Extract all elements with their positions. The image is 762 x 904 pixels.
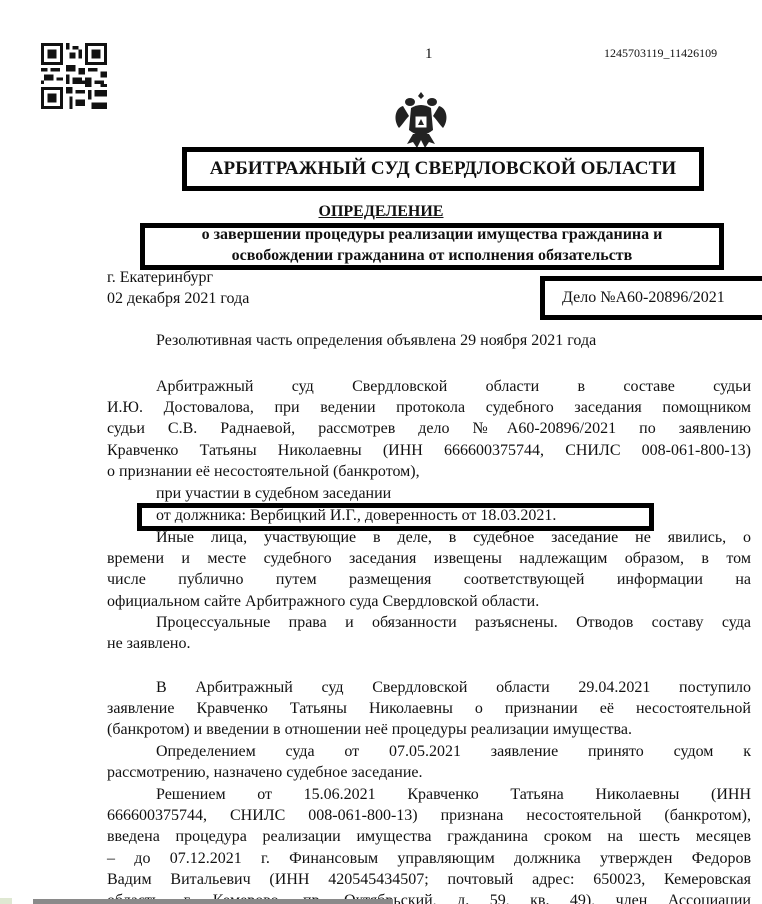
paragraph-representative: от должника: Вербицкий И.Г., доверенност… xyxy=(107,505,751,526)
coat-of-arms-icon xyxy=(393,90,449,152)
text-line: (банкротом) и введении в отношении неё п… xyxy=(107,719,751,740)
text-line: Решением от 15.06.2021 Кравченко Татьяна… xyxy=(107,784,751,805)
text-line: судьи С.В. Раднаевой, рассмотрев дело №А… xyxy=(107,418,751,439)
document-id: 1245703119_11426109 xyxy=(604,46,717,61)
court-name: АРБИТРАЖНЫЙ СУД СВЕРДЛОВСКОЙ ОБЛАСТИ xyxy=(182,147,704,191)
qr-code-icon xyxy=(40,43,108,109)
text-line: И.Ю. Достовалова, при ведении протокола … xyxy=(107,397,751,418)
subject-line: освобождении гражданина от исполнения об… xyxy=(140,245,724,266)
paragraph-acceptance: Определением суда от 07.05.2021 заявлени… xyxy=(107,741,751,783)
document-subject: о завершении процедуры реализации имущес… xyxy=(140,224,724,266)
scrollbar-corner xyxy=(0,898,12,904)
text-line: рассмотрению, назначено судебное заседан… xyxy=(107,762,751,783)
text-line: – до 07.12.2021 г. Финансовым управляющи… xyxy=(107,848,751,869)
text-line: заявление Кравченко Татьяны Николаевны о… xyxy=(107,698,751,719)
document-date: 02 декабря 2021 года xyxy=(107,290,249,308)
resolution-note: Резолютивная часть определения объявлена… xyxy=(156,332,596,350)
text-line: Кравченко Татьяны Николаевны (ИНН 666600… xyxy=(107,440,751,461)
horizontal-scrollbar[interactable] xyxy=(33,899,393,904)
text-line: В Арбитражный суд Свердловской области 2… xyxy=(107,677,751,698)
paragraph-application: В Арбитражный суд Свердловской области 2… xyxy=(107,677,751,741)
text-line: о признании её несостоятельной (банкрото… xyxy=(107,461,751,482)
text-line: официальном сайте Арбитражного суда Свер… xyxy=(107,591,751,612)
page-number: 1 xyxy=(425,46,433,63)
paragraph-participation: при участии в судебном заседании xyxy=(107,483,751,504)
city: г. Екатеринбург xyxy=(107,269,213,287)
paragraph-decision: Решением от 15.06.2021 Кравченко Татьяна… xyxy=(107,784,751,904)
text-line: Процессуальные права и обязанности разъя… xyxy=(107,612,751,633)
subject-line: о завершении процедуры реализации имущес… xyxy=(140,224,724,245)
text-line: Вадим Витальевич (ИНН 420545434507; почт… xyxy=(107,869,751,890)
paragraph-court-composition: Арбитражный суд Свердловской области в с… xyxy=(107,376,751,482)
text-line: Определением суда от 07.05.2021 заявлени… xyxy=(107,741,751,762)
text-line: не заявлено. xyxy=(107,633,751,654)
paragraph-procedural-rights: Процессуальные права и обязанности разъя… xyxy=(107,612,751,654)
case-number: Дело №А60-20896/2021 xyxy=(562,289,725,307)
text-line: от должника: Вербицкий И.Г., доверенност… xyxy=(107,505,751,526)
paragraph-other-persons: Иные лица, участвующие в деле, в судебно… xyxy=(107,527,751,612)
text-line: времени и месте судебного заседания изве… xyxy=(107,548,751,569)
text-line: при участии в судебном заседании xyxy=(107,483,751,504)
text-line: Иные лица, участвующие в деле, в судебно… xyxy=(107,527,751,548)
text-line: 666600375744, СНИЛС 008-061-800-13) приз… xyxy=(107,805,751,826)
text-line: числе публично путем размещения соответс… xyxy=(107,569,751,590)
text-line: Арбитражный суд Свердловской области в с… xyxy=(107,376,751,397)
document-type-heading: ОПРЕДЕЛЕНИЕ xyxy=(0,203,762,221)
text-line: введена процедура реализации имущества г… xyxy=(107,826,751,847)
